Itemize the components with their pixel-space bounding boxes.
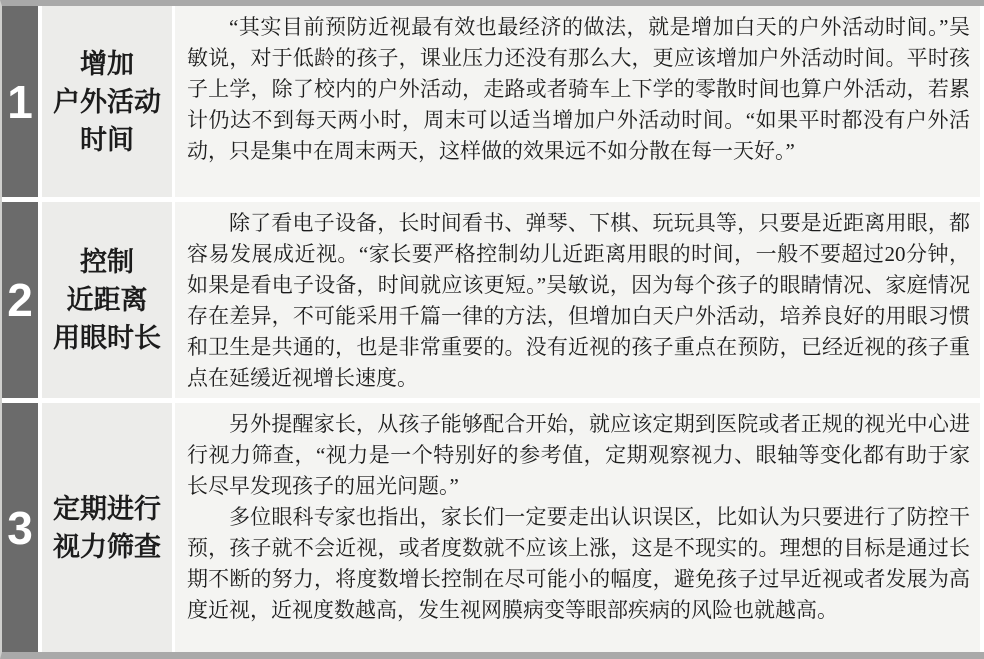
- tip-row-2: 2 控制 近距离 用眼时长 除了看电子设备，长时间看书、弹琴、下棋、玩玩具等，只…: [2, 202, 980, 398]
- row-number-badge: 1: [2, 6, 38, 197]
- row-title: 定期进行 视力筛查: [42, 403, 172, 652]
- row-title: 增加 户外活动 时间: [42, 6, 172, 197]
- tip-row-3: 3 定期进行 视力筛查 另外提醒家长，从孩子能够配合开始，就应该定期到医院或者正…: [2, 403, 980, 652]
- row-number-badge: 2: [2, 202, 38, 398]
- body-paragraph: 多位眼科专家也指出，家长们一定要走出认识误区，比如认为只要进行了防控干预，孩子就…: [187, 502, 970, 626]
- myopia-prevention-tips-panel: 1 增加 户外活动 时间 “其实目前预防近视最有效也最经济的做法，就是增加白天的…: [0, 0, 984, 659]
- body-paragraph: 另外提醒家长，从孩子能够配合开始，就应该定期到医院或者正规的视光中心进行视力筛查…: [187, 409, 970, 502]
- tip-row-1: 1 增加 户外活动 时间 “其实目前预防近视最有效也最经济的做法，就是增加白天的…: [2, 6, 980, 197]
- row-title: 控制 近距离 用眼时长: [42, 202, 172, 398]
- row-body: 除了看电子设备，长时间看书、弹琴、下棋、玩玩具等，只要是近距离用眼，都容易发展成…: [175, 202, 980, 398]
- body-paragraph: “其实目前预防近视最有效也最经济的做法，就是增加白天的户外活动时间。”吴敏说，对…: [187, 12, 970, 167]
- body-paragraph: 除了看电子设备，长时间看书、弹琴、下棋、玩玩具等，只要是近距离用眼，都容易发展成…: [187, 208, 970, 394]
- row-body: “其实目前预防近视最有效也最经济的做法，就是增加白天的户外活动时间。”吴敏说，对…: [175, 6, 980, 197]
- row-number-badge: 3: [2, 403, 38, 652]
- tip-rows: 1 增加 户外活动 时间 “其实目前预防近视最有效也最经济的做法，就是增加白天的…: [2, 6, 984, 652]
- row-body: 另外提醒家长，从孩子能够配合开始，就应该定期到医院或者正规的视光中心进行视力筛查…: [175, 403, 980, 652]
